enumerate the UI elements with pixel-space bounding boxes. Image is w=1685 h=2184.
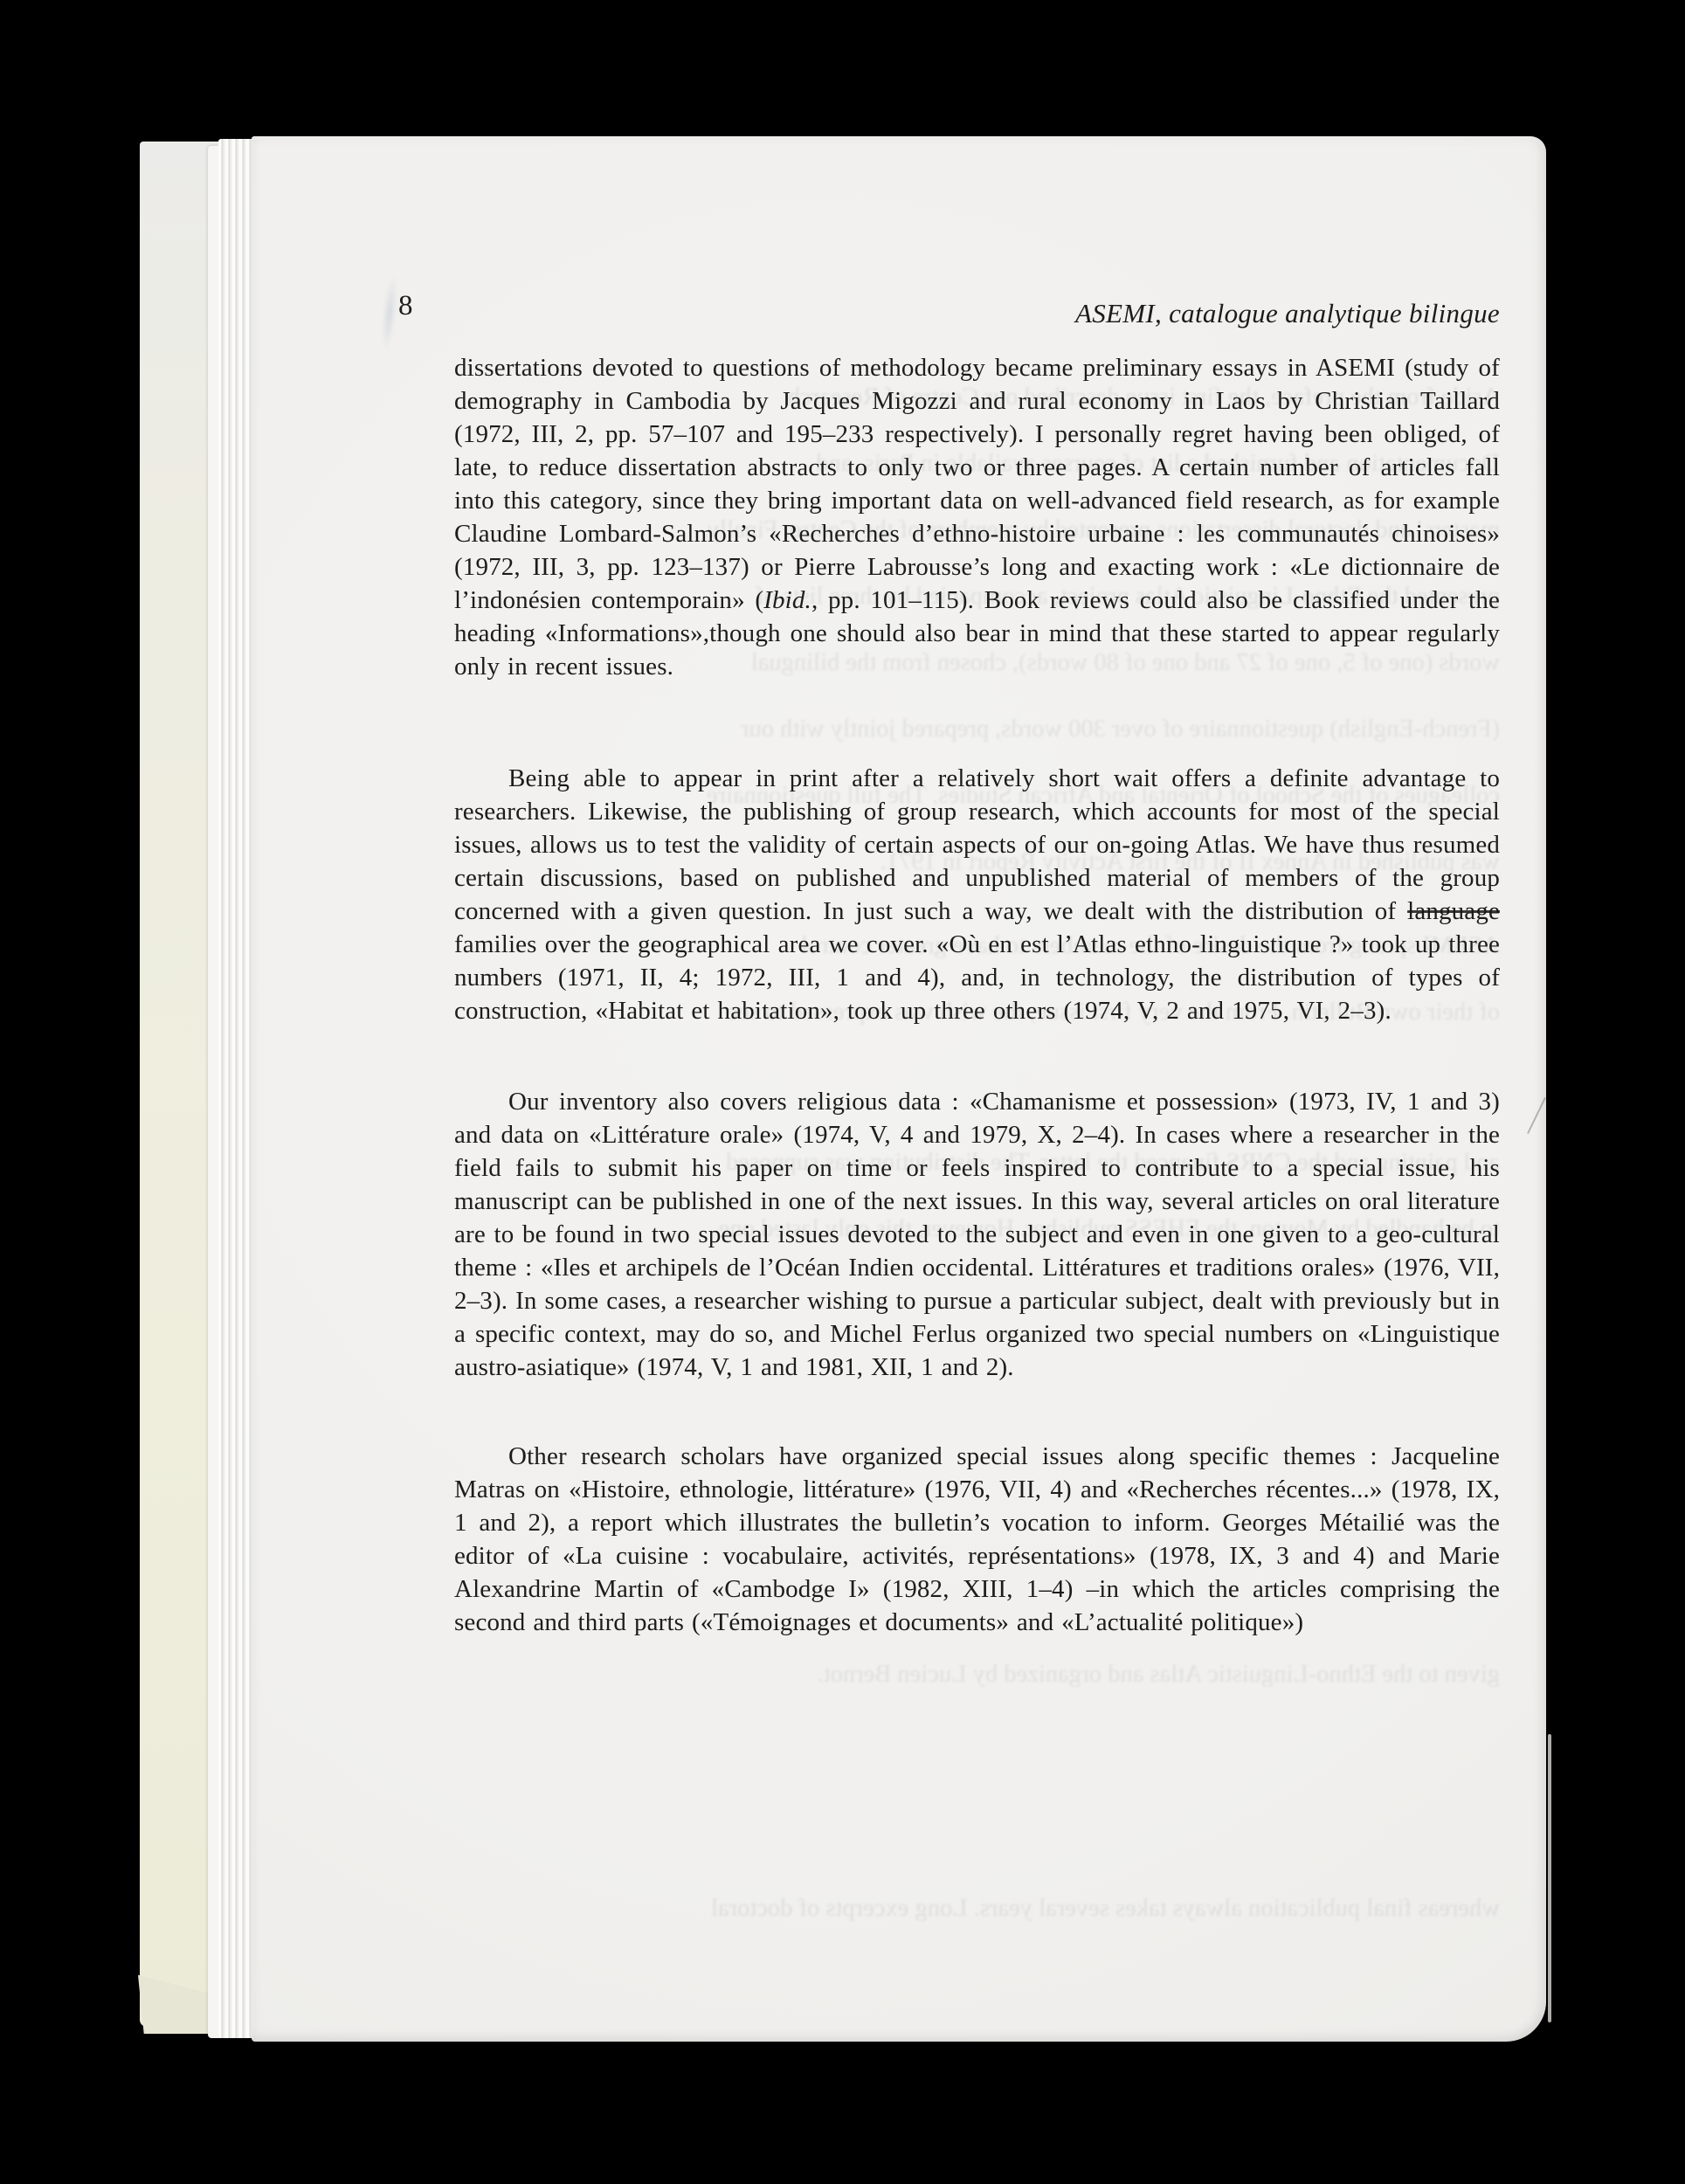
paragraph: Our inventory also covers religious data… xyxy=(454,1085,1500,1384)
text-segment: Other research scholars have organized s… xyxy=(454,1442,1500,1636)
ghost-show-through-line: whereas final publication always takes s… xyxy=(454,1892,1500,1925)
text-segment: Our inventory also covers religious data… xyxy=(454,1088,1500,1381)
ghost-show-through-line: given to the Ethno-Linguistic Atlas and … xyxy=(454,1658,1500,1691)
scratch-mark xyxy=(1527,1097,1546,1134)
paragraph: dissertations devoted to questions of me… xyxy=(454,351,1500,683)
paragraph: Being able to appear in print after a re… xyxy=(454,762,1500,1027)
body-text: dissertations devoted to questions of me… xyxy=(454,351,1500,1639)
paragraph: Other research scholars have organized s… xyxy=(454,1440,1500,1639)
page-edge-sliver xyxy=(1548,1734,1551,2022)
text-segment: dissertations devoted to questions of me… xyxy=(454,354,1500,614)
text-segment: Being able to appear in print after a re… xyxy=(454,764,1500,925)
italic-term: Ibid. xyxy=(763,586,811,614)
page-number: 8 xyxy=(398,290,413,322)
struck-word: language xyxy=(1407,897,1500,925)
scanned-page: 8 ASEMI, catalogue analytique bilingue A… xyxy=(252,136,1546,2042)
book-scan: 8 ASEMI, catalogue analytique bilingue A… xyxy=(0,0,1685,2184)
text-segment: families over the geographical area we c… xyxy=(454,930,1500,1025)
running-header: ASEMI, catalogue analytique bilingue xyxy=(1075,298,1500,329)
